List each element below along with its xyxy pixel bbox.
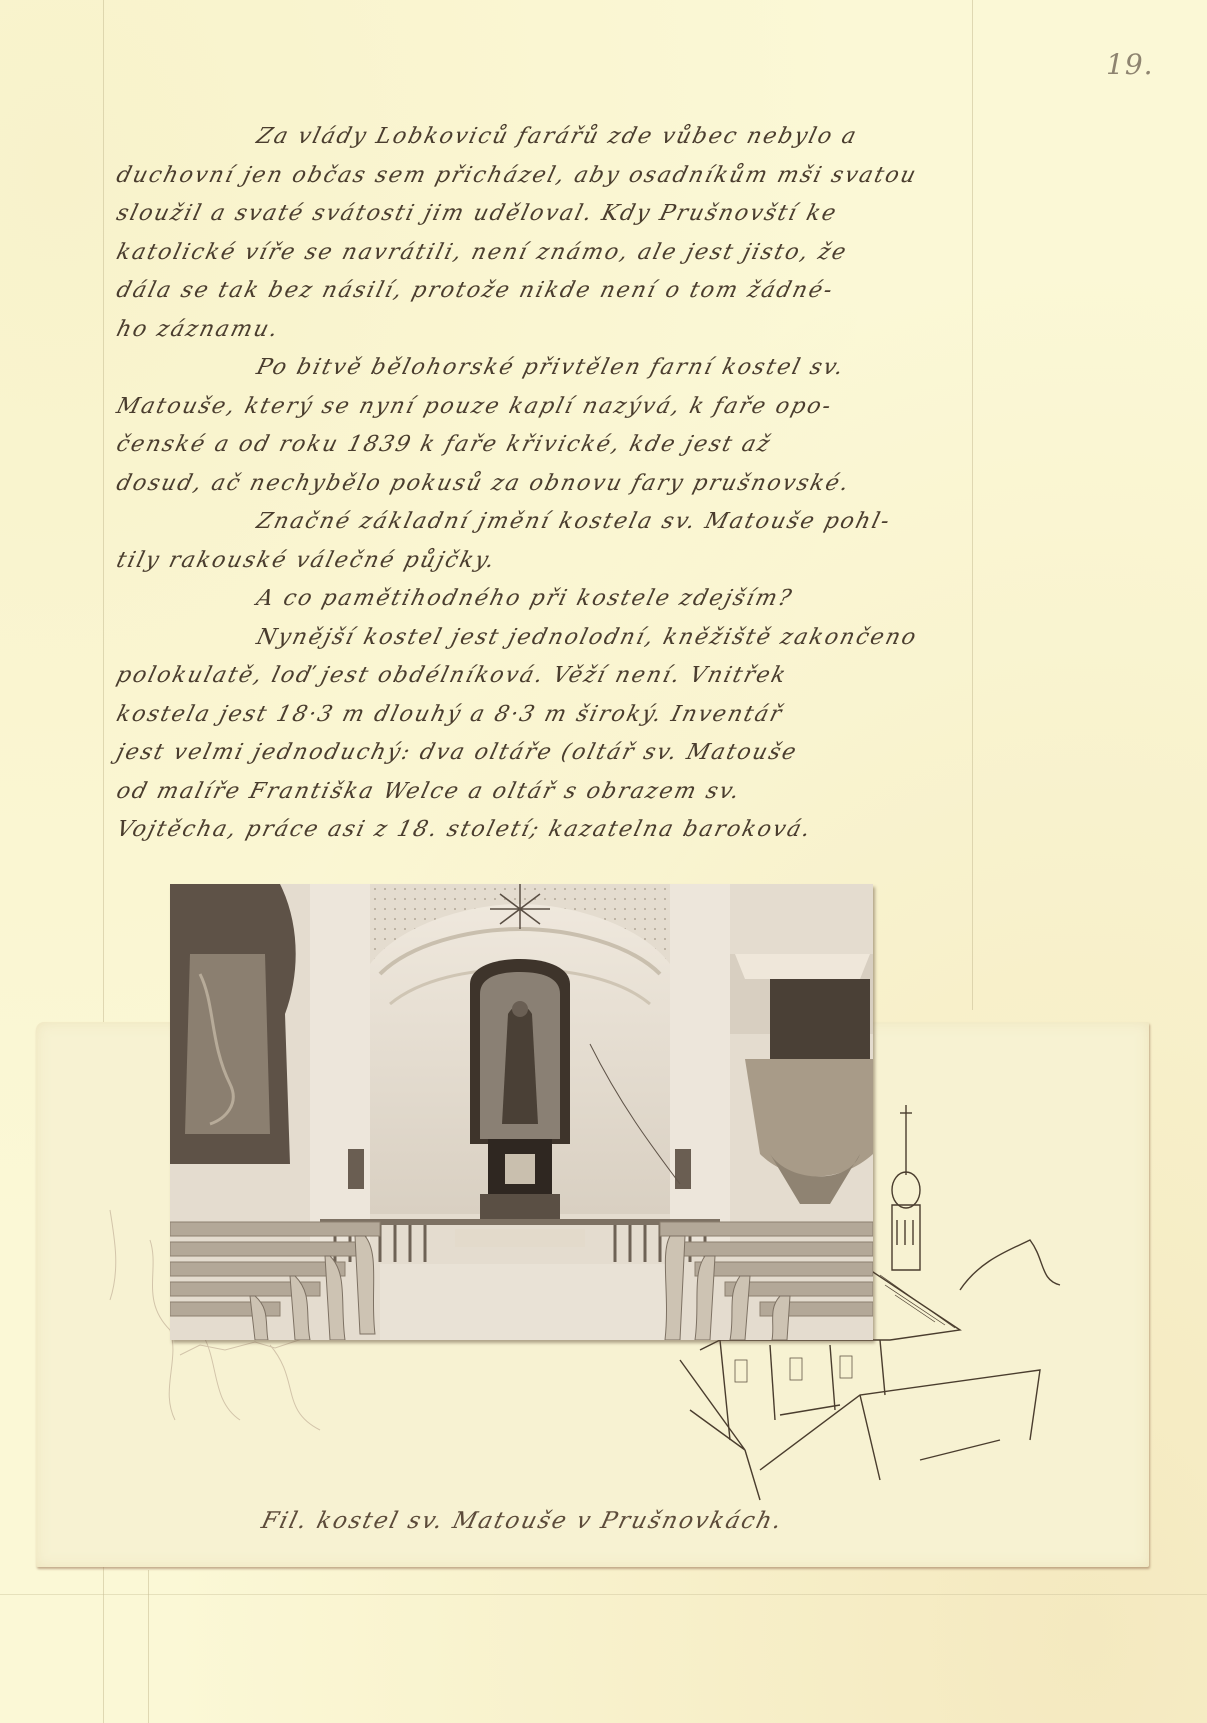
handwritten-text: Za vlády Lobkoviců farářů zde vůbec neby… (112, 118, 992, 850)
text-line: Po bitvě bělohorské přivtělen farní kost… (112, 349, 1002, 388)
text-line: dála se tak bez násilí, protože nikde ne… (112, 272, 1002, 311)
text-line: dosud, ač nechybělo pokusů za obnovu far… (112, 465, 1002, 504)
text-line: jest velmi jednoduchý: dva oltáře (oltář… (112, 734, 1002, 773)
text-line: sloužil a svaté svátosti jim uděloval. K… (112, 195, 1002, 234)
text-line: kostela jest 18·3 m dlouhý a 8·3 m širok… (112, 696, 1002, 735)
text-line: A co pamětihodného při kostele zdejším? (112, 580, 1002, 619)
text-line: od malíře Františka Welce a oltář s obra… (112, 773, 1002, 812)
text-line: polokulatě, loď jest obdélníková. Věží n… (112, 657, 1002, 696)
margin-rule-top (0, 1594, 1207, 1595)
text-line: Matouše, který se nyní pouze kaplí nazýv… (112, 388, 1002, 427)
church-interior-image (170, 884, 873, 1340)
margin-rule-bottom-left (148, 1570, 149, 1723)
text-line: ho záznamu. (112, 311, 1002, 350)
text-line: katolické víře se navrátili, není známo,… (112, 234, 1002, 273)
text-line: čenské a od roku 1839 k faře křivické, k… (112, 426, 1002, 465)
photo-caption: Fil. kostel sv. Matouše v Prušnovkách. (259, 1508, 786, 1534)
church-interior-photo (170, 884, 873, 1340)
manuscript-page: 19. Za vlády Lobkoviců farářů zde vůbec … (0, 0, 1207, 1723)
text-line: Za vlády Lobkoviců farářů zde vůbec neby… (112, 118, 1002, 157)
text-line: Vojtěcha, práce asi z 18. století; kazat… (112, 811, 1002, 850)
text-line: duchovní jen občas sem přicházel, aby os… (112, 157, 1002, 196)
text-line: Značné základní jmění kostela sv. Matouš… (112, 503, 1002, 542)
text-line: Nynější kostel jest jednolodní, kněžiště… (112, 619, 1002, 658)
text-line: tily rakouské válečné půjčky. (112, 542, 1002, 581)
page-number: 19. (1106, 48, 1154, 81)
